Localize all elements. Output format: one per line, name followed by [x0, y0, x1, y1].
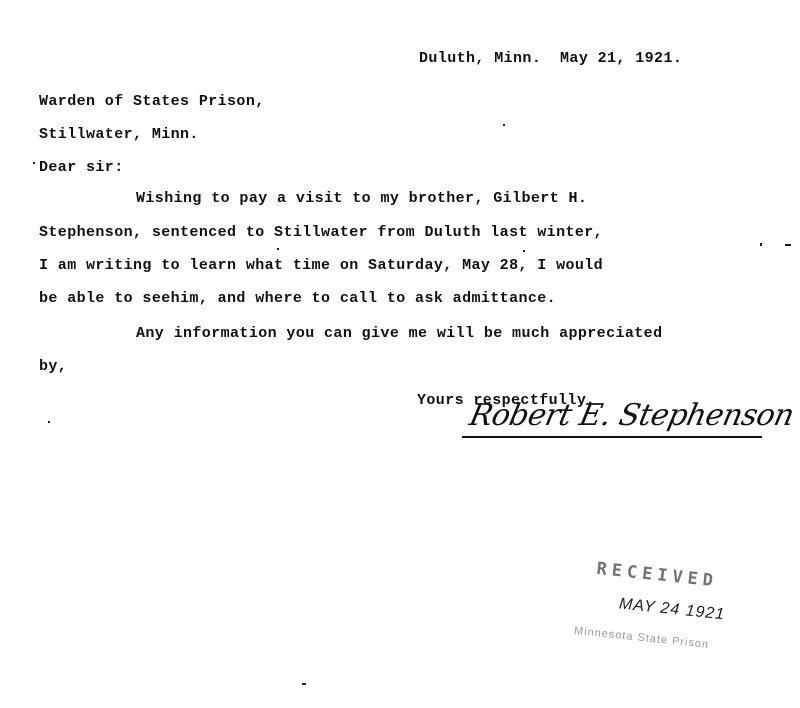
recipient-line-1: Warden of States Prison, [39, 93, 265, 110]
body-line-5: Any information you can give me will be … [136, 325, 662, 342]
scan-speck [302, 683, 306, 685]
scan-speck [785, 244, 791, 246]
body-line-3: I am writing to learn what time on Satur… [39, 257, 603, 274]
signature: Robert E. Stephenson [466, 398, 797, 433]
body-line-2: Stephenson, sentenced to Stillwater from… [39, 224, 603, 241]
recipient-line-2: Stillwater, Minn. [39, 126, 199, 143]
scan-speck [760, 243, 762, 246]
salutation: Dear sir: [39, 159, 124, 176]
scan-speck [523, 250, 525, 252]
scan-speck [277, 248, 279, 250]
stamp-date: MAY 24 1921 [618, 595, 726, 624]
body-line-1: Wishing to pay a visit to my brother, Gi… [136, 190, 587, 207]
stamp-label: RECEIVED [596, 559, 719, 592]
scan-speck [33, 162, 35, 164]
body-line-4: be able to seehim, and where to call to … [39, 290, 556, 307]
dateline: Duluth, Minn. May 21, 1921. [419, 50, 682, 67]
stamp-organization: Minnesota State Prison [573, 625, 709, 651]
body-line-6: by, [39, 358, 67, 375]
received-stamp: RECEIVED MAY 24 1921 Minnesota State Pri… [567, 555, 778, 695]
letter-page: Duluth, Minn. May 21, 1921. Warden of St… [0, 0, 800, 708]
signature-underline [462, 436, 762, 438]
scan-speck [503, 124, 505, 126]
scan-speck [48, 421, 50, 423]
